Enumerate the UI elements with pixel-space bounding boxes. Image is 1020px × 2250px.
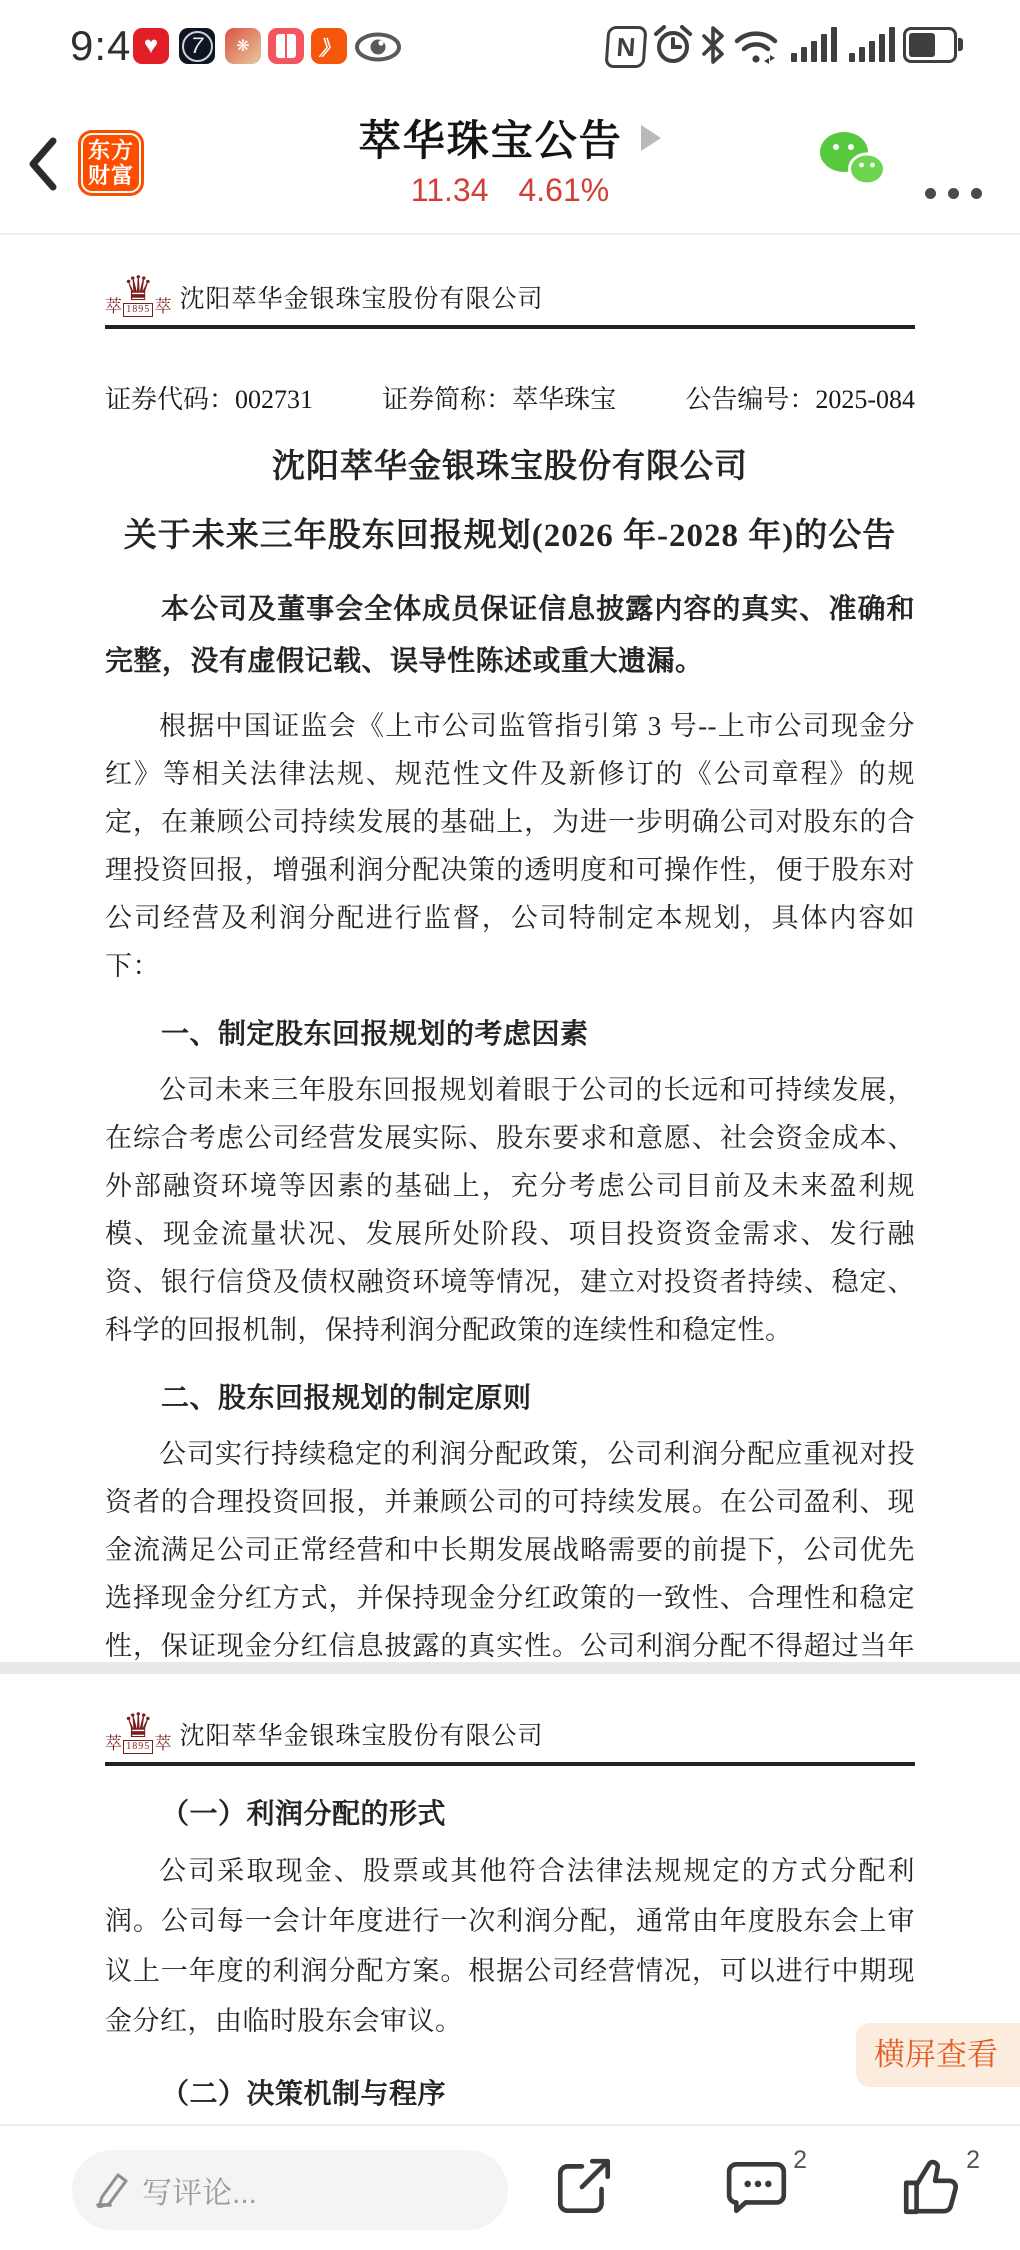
doc-title-line1: 沈阳萃华金银珠宝股份有限公司 <box>105 440 915 487</box>
book-app-icon <box>268 28 304 64</box>
letterhead-rule-2 <box>105 1762 915 1766</box>
letterhead-company-name-2: 沈阳萃华金银珠宝股份有限公司 <box>179 1716 543 1754</box>
landscape-view-button[interactable]: 横屏查看 <box>856 2023 1020 2087</box>
like-count-badge: 2 <box>966 2146 980 2175</box>
wechat-share-icon[interactable] <box>816 128 888 195</box>
document-page-1: 萃 ♛ 1895 萃 沈阳萃华金银珠宝股份有限公司 证券代码：002731 证券… <box>0 235 1020 1662</box>
more-menu-button[interactable] <box>925 188 982 199</box>
share-button[interactable] <box>551 2154 617 2220</box>
crown-icon-2: ♛ <box>123 1714 153 1740</box>
heart-app-icon: ♥ <box>133 28 169 64</box>
page-separator <box>0 1662 1020 1674</box>
signal-bars-1 <box>791 26 837 62</box>
wifi-icon <box>733 27 783 67</box>
comments-button[interactable]: 2 <box>725 2154 791 2220</box>
swoosh-glyph: 》 <box>319 32 339 61</box>
stock-change: 4.61% <box>518 172 609 209</box>
app-header: 东方 财富 萃华珠宝公告 11.34 4.61% <box>0 90 1020 235</box>
bluetooth-icon <box>700 25 726 65</box>
logo-char-right-2: 萃 <box>154 1734 171 1754</box>
like-button[interactable]: 2 <box>898 2154 964 2220</box>
doc-title-line2: 关于未来三年股东回报规划(2026 年-2028 年)的公告 <box>105 509 915 556</box>
seven-glyph: 7 <box>182 31 213 62</box>
battery-icon <box>903 27 957 63</box>
page-title: 萃华珠宝公告 <box>359 108 623 168</box>
comment-input[interactable]: 写评论... <box>72 2150 508 2230</box>
swoosh-app-icon: 》 <box>311 28 347 64</box>
status-bar: 9:48 ♥ 7 ❋ 》 N <box>0 0 1020 90</box>
doc-paragraph-2: 公司未来三年股东回报规划着眼于公司的长远和可持续发展，在综合考虑公司经营发展实际… <box>105 1066 915 1354</box>
doc-letterhead: 萃 ♛ 1895 萃 沈阳萃华金银珠宝股份有限公司 <box>105 277 915 317</box>
doc-paragraph-1: 根据中国证监会《上市公司监管指引第 3 号--上市公司现金分红》等相关法律法规、… <box>105 702 915 990</box>
festival-glyph: ❋ <box>236 36 249 56</box>
doc-paragraph-3: 公司实行持续稳定的利润分配政策，公司利润分配应重视对投资者的合理投资回报，并兼顾… <box>105 1430 915 1662</box>
doc-heading-1: 一、制定股东回报规划的考虑因素 <box>105 1012 915 1052</box>
eye-icon <box>354 32 402 67</box>
play-triangle-icon <box>641 125 661 151</box>
heart-glyph: ♥ <box>144 32 158 60</box>
comment-placeholder: 写评论... <box>142 2168 257 2212</box>
company-crown-logo-2: 萃 ♛ 1895 萃 <box>105 1714 171 1754</box>
book-glyph <box>276 34 296 58</box>
letterhead-rule <box>105 325 915 329</box>
doc-meta-row: 证券代码：002731 证券简称：萃华珠宝 公告编号：2025-084 <box>105 379 915 416</box>
logo-year-2: 1895 <box>123 1740 153 1754</box>
comments-count-badge: 2 <box>793 2146 807 2175</box>
doc-paragraph-profit-form: 公司采取现金、股票或其他符合法律法规规定的方式分配利润。公司每一会计年度进行一次… <box>105 1846 915 2046</box>
pencil-icon <box>94 2172 128 2208</box>
doc-heading-decision: （二）决策机制与程序 <box>105 2072 915 2112</box>
stock-abbr: 证券简称：萃华珠宝 <box>382 379 616 416</box>
stock-code: 证券代码：002731 <box>105 379 313 416</box>
nfc-icon: N <box>605 26 648 68</box>
bottom-toolbar: 写评论... 2 2 <box>0 2124 1020 2250</box>
phone-screen: 9:48 ♥ 7 ❋ 》 N <box>0 0 1020 2250</box>
announcement-no: 公告编号：2025-084 <box>685 379 915 416</box>
signal-bars-2 <box>849 26 895 62</box>
stock-price: 11.34 <box>411 172 489 209</box>
festival-app-icon: ❋ <box>225 28 261 64</box>
logo-char-left: 萃 <box>105 297 122 317</box>
alarm-icon <box>652 24 694 66</box>
crown-icon: ♛ <box>123 277 153 303</box>
logo-char-right: 萃 <box>154 297 171 317</box>
doc-heading-profit-form: （一）利润分配的形式 <box>105 1792 915 1832</box>
logo-year: 1895 <box>123 303 153 317</box>
doc-heading-2: 二、股东回报规划的制定原则 <box>105 1376 915 1416</box>
doc-statement-paragraph: 本公司及董事会全体成员保证信息披露内容的真实、准确和完整，没有虚假记载、误导性陈… <box>105 584 915 688</box>
logo-char-left-2: 萃 <box>105 1734 122 1754</box>
company-crown-logo: 萃 ♛ 1895 萃 <box>105 277 171 317</box>
letterhead-company-name: 沈阳萃华金银珠宝股份有限公司 <box>179 279 543 317</box>
seven-app-icon: 7 <box>179 28 215 64</box>
doc-letterhead-2: 萃 ♛ 1895 萃 沈阳萃华金银珠宝股份有限公司 <box>105 1714 915 1754</box>
